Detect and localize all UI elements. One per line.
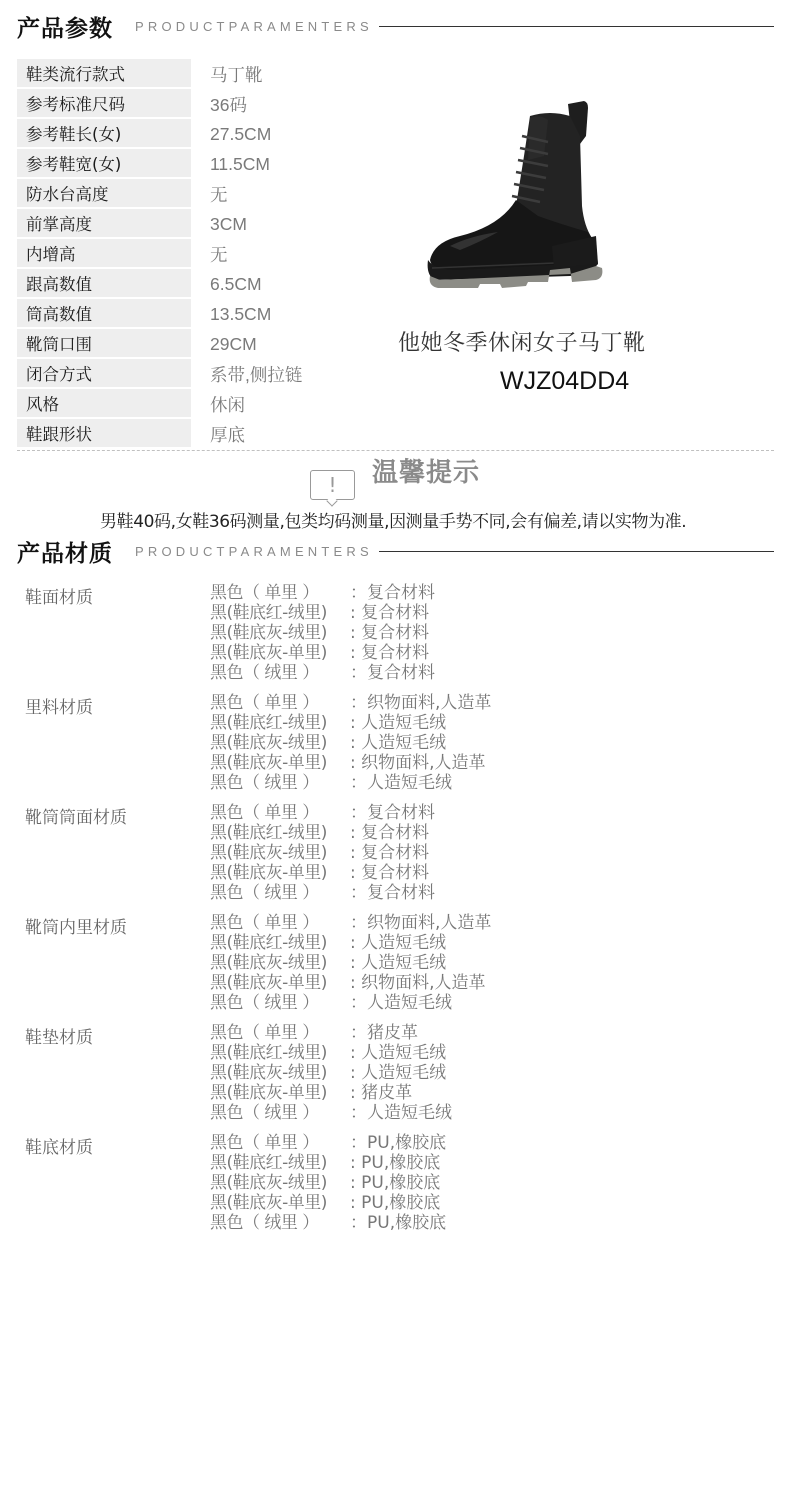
param-label: 参考鞋长(女) — [17, 119, 191, 149]
param-row: 防水台高度无 — [17, 179, 337, 209]
material-variant: 黑(鞋底灰-绒里) — [210, 1173, 350, 1193]
params-table: 鞋类流行款式马丁靴 参考标准尺码36码 参考鞋长(女)27.5CM 参考鞋宽(女… — [17, 59, 337, 449]
material-value: ：织物面料,人造革 — [350, 913, 491, 933]
material-line: 黑色（ 绒里 ）：人造短毛绒 — [210, 1103, 452, 1123]
materials-list: 鞋面材质 黑色（ 单里 ）：复合材料 黑(鞋底红-绒里): 复合材料 黑(鞋底灰… — [25, 583, 725, 1243]
material-value: ：猪皮革 — [350, 1023, 418, 1043]
material-group: 鞋垫材质 黑色（ 单里 ）：猪皮革 黑(鞋底红-绒里): 人造短毛绒 黑(鞋底灰… — [25, 1023, 725, 1133]
material-variant: 黑(鞋底灰-单里) — [210, 753, 350, 773]
material-value: : 人造短毛绒 — [350, 933, 446, 953]
material-value: : 织物面料,人造革 — [350, 753, 486, 773]
param-row: 风格休闲 — [17, 389, 337, 419]
material-line: 黑色（ 单里 ）：织物面料,人造革 — [210, 693, 491, 713]
param-label: 参考标准尺码 — [17, 89, 191, 119]
material-line: 黑(鞋底灰-绒里): PU,橡胶底 — [210, 1173, 446, 1193]
material-variant: 黑色（ 单里 ） — [210, 803, 350, 823]
tip-text: 男鞋40码,女鞋36码测量,包类均码测量,因测量手势不同,会有偏差,请以实物为准… — [100, 507, 686, 532]
param-row: 参考鞋宽(女)11.5CM — [17, 149, 337, 179]
material-value: : 复合材料 — [350, 603, 429, 623]
param-value: 无 — [210, 239, 228, 269]
params-section-header: 产品参数 PRODUCTPARAMENTERS — [17, 6, 774, 46]
material-line: 黑(鞋底灰-单里): 织物面料,人造革 — [210, 973, 491, 993]
material-line: 黑(鞋底灰-绒里): 人造短毛绒 — [210, 1063, 452, 1083]
param-row: 鞋跟形状厚底 — [17, 419, 337, 449]
param-label: 筒高数值 — [17, 299, 191, 329]
param-label: 跟高数值 — [17, 269, 191, 299]
material-line: 黑(鞋底红-绒里): PU,橡胶底 — [210, 1153, 446, 1173]
material-line: 黑(鞋底灰-单里): 猪皮革 — [210, 1083, 452, 1103]
material-variant: 黑色（ 单里 ） — [210, 913, 350, 933]
material-name: 靴筒筒面材质 — [25, 803, 127, 828]
material-value: ：人造短毛绒 — [350, 1103, 452, 1123]
material-name: 鞋垫材质 — [25, 1023, 93, 1048]
material-line: 黑色（ 绒里 ）：人造短毛绒 — [210, 773, 491, 793]
material-variant: 黑(鞋底灰-单里) — [210, 1193, 350, 1213]
material-line: 黑色（ 绒里 ）：复合材料 — [210, 663, 435, 683]
material-variant: 黑(鞋底红-绒里) — [210, 1043, 350, 1063]
material-variant: 黑色（ 绒里 ） — [210, 883, 350, 903]
material-variant: 黑(鞋底灰-绒里) — [210, 733, 350, 753]
material-name: 里料材质 — [25, 693, 93, 718]
material-value: ：人造短毛绒 — [350, 993, 452, 1013]
material-value: : 复合材料 — [350, 623, 429, 643]
param-value: 无 — [210, 179, 228, 209]
material-value: : 复合材料 — [350, 843, 429, 863]
material-value: : PU,橡胶底 — [350, 1173, 440, 1193]
param-row: 闭合方式系带,侧拉链 — [17, 359, 337, 389]
product-name: 他她冬季休闲女子马丁靴 — [398, 326, 646, 357]
param-label: 闭合方式 — [17, 359, 191, 389]
material-variant: 黑(鞋底灰-绒里) — [210, 1063, 350, 1083]
material-group: 里料材质 黑色（ 单里 ）：织物面料,人造革 黑(鞋底红-绒里): 人造短毛绒 … — [25, 693, 725, 803]
param-label: 内增高 — [17, 239, 191, 269]
material-value: : 织物面料,人造革 — [350, 973, 486, 993]
black-martin-boot-image — [420, 96, 610, 292]
material-line: 黑(鞋底红-绒里): 人造短毛绒 — [210, 1043, 452, 1063]
material-variant: 黑(鞋底红-绒里) — [210, 823, 350, 843]
param-value: 系带,侧拉链 — [210, 359, 302, 389]
material-lines: 黑色（ 单里 ）：PU,橡胶底 黑(鞋底红-绒里): PU,橡胶底 黑(鞋底灰-… — [210, 1133, 446, 1233]
material-line: 黑(鞋底红-绒里): 复合材料 — [210, 823, 435, 843]
header-rule — [379, 551, 774, 552]
param-value: 13.5CM — [210, 299, 271, 329]
material-line: 黑色（ 单里 ）：复合材料 — [210, 803, 435, 823]
material-value: ：复合材料 — [350, 583, 435, 603]
material-line: 黑(鞋底灰-单里): 复合材料 — [210, 863, 435, 883]
param-value: 休闲 — [210, 389, 245, 419]
header-rule — [379, 26, 774, 27]
material-line: 黑(鞋底红-绒里): 人造短毛绒 — [210, 713, 491, 733]
param-row: 参考标准尺码36码 — [17, 89, 337, 119]
material-group: 靴筒筒面材质 黑色（ 单里 ）：复合材料 黑(鞋底红-绒里): 复合材料 黑(鞋… — [25, 803, 725, 913]
param-value: 29CM — [210, 329, 257, 359]
material-line: 黑色（ 单里 ）：复合材料 — [210, 583, 435, 603]
material-line: 黑(鞋底红-绒里): 人造短毛绒 — [210, 933, 491, 953]
material-line: 黑色（ 绒里 ）：人造短毛绒 — [210, 993, 491, 1013]
material-value: : 复合材料 — [350, 643, 429, 663]
materials-section-header: 产品材质 PRODUCTPARAMENTERS — [17, 531, 774, 571]
exclamation-glyph: ! — [328, 473, 336, 497]
material-variant: 黑(鞋底灰-绒里) — [210, 953, 350, 973]
param-label: 鞋类流行款式 — [17, 59, 191, 89]
material-variant: 黑色（ 单里 ） — [210, 1133, 350, 1153]
param-row: 鞋类流行款式马丁靴 — [17, 59, 337, 89]
material-value: ：人造短毛绒 — [350, 773, 452, 793]
material-variant: 黑色（ 单里 ） — [210, 1023, 350, 1043]
param-value: 27.5CM — [210, 119, 271, 149]
materials-subtitle: PRODUCTPARAMENTERS — [135, 544, 373, 559]
material-variant: 黑(鞋底红-绒里) — [210, 1153, 350, 1173]
material-variant: 黑(鞋底红-绒里) — [210, 713, 350, 733]
material-value: : 猪皮革 — [350, 1083, 412, 1103]
material-variant: 黑(鞋底灰-单里) — [210, 643, 350, 663]
material-line: 黑(鞋底灰-绒里): 人造短毛绒 — [210, 953, 491, 973]
material-variant: 黑色（ 绒里 ） — [210, 993, 350, 1013]
material-value: : PU,橡胶底 — [350, 1193, 440, 1213]
material-line: 黑(鞋底灰-单里): PU,橡胶底 — [210, 1193, 446, 1213]
material-line: 黑色（ 单里 ）：猪皮革 — [210, 1023, 452, 1043]
material-line: 黑色（ 绒里 ）：复合材料 — [210, 883, 435, 903]
param-label: 鞋跟形状 — [17, 419, 191, 449]
param-value: 36码 — [210, 89, 247, 119]
material-variant: 黑色（ 绒里 ） — [210, 1213, 350, 1233]
param-value: 厚底 — [210, 419, 245, 449]
param-label: 靴筒口围 — [17, 329, 191, 359]
material-variant: 黑(鞋底灰-单里) — [210, 1083, 350, 1103]
material-value: ：复合材料 — [350, 803, 435, 823]
material-variant: 黑(鞋底灰-绒里) — [210, 843, 350, 863]
material-value: : 复合材料 — [350, 823, 429, 843]
material-group: 鞋面材质 黑色（ 单里 ）：复合材料 黑(鞋底红-绒里): 复合材料 黑(鞋底灰… — [25, 583, 725, 693]
material-value: : 复合材料 — [350, 863, 429, 883]
material-value: : 人造短毛绒 — [350, 1063, 446, 1083]
param-label: 参考鞋宽(女) — [17, 149, 191, 179]
material-value: : 人造短毛绒 — [350, 713, 446, 733]
material-value: ：复合材料 — [350, 883, 435, 903]
material-value: : 人造短毛绒 — [350, 1043, 446, 1063]
material-name: 靴筒内里材质 — [25, 913, 127, 938]
param-value: 马丁靴 — [210, 59, 263, 89]
material-value: ：复合材料 — [350, 663, 435, 683]
material-value: ：PU,橡胶底 — [350, 1133, 446, 1153]
param-row: 参考鞋长(女)27.5CM — [17, 119, 337, 149]
param-row: 前掌高度3CM — [17, 209, 337, 239]
param-row: 靴筒口围29CM — [17, 329, 337, 359]
product-model: WJZ04DD4 — [500, 367, 629, 396]
material-value: : PU,橡胶底 — [350, 1153, 440, 1173]
material-line: 黑(鞋底灰-单里): 织物面料,人造革 — [210, 753, 491, 773]
material-variant: 黑色（ 绒里 ） — [210, 663, 350, 683]
exclamation-speech-bubble-icon: ! — [310, 470, 355, 500]
param-value: 3CM — [210, 209, 247, 239]
material-value: : 人造短毛绒 — [350, 953, 446, 973]
param-row: 内增高无 — [17, 239, 337, 269]
dashed-divider — [17, 450, 774, 451]
param-label: 防水台高度 — [17, 179, 191, 209]
material-group: 鞋底材质 黑色（ 单里 ）：PU,橡胶底 黑(鞋底红-绒里): PU,橡胶底 黑… — [25, 1133, 725, 1243]
params-title: 产品参数 — [17, 10, 113, 43]
material-variant: 黑(鞋底红-绒里) — [210, 933, 350, 953]
param-label: 前掌高度 — [17, 209, 191, 239]
material-line: 黑(鞋底灰-绒里): 复合材料 — [210, 843, 435, 863]
param-value: 11.5CM — [210, 149, 270, 179]
material-variant: 黑色（ 单里 ） — [210, 693, 350, 713]
material-lines: 黑色（ 单里 ）：猪皮革 黑(鞋底红-绒里): 人造短毛绒 黑(鞋底灰-绒里):… — [210, 1023, 452, 1123]
material-variant: 黑(鞋底灰-单里) — [210, 863, 350, 883]
material-line: 黑色（ 单里 ）：PU,橡胶底 — [210, 1133, 446, 1153]
material-variant: 黑(鞋底灰-绒里) — [210, 623, 350, 643]
tip-title: 温馨提示 — [372, 452, 480, 489]
material-lines: 黑色（ 单里 ）：复合材料 黑(鞋底红-绒里): 复合材料 黑(鞋底灰-绒里):… — [210, 803, 435, 903]
params-subtitle: PRODUCTPARAMENTERS — [135, 19, 373, 34]
param-row: 筒高数值13.5CM — [17, 299, 337, 329]
material-lines: 黑色（ 单里 ）：复合材料 黑(鞋底红-绒里): 复合材料 黑(鞋底灰-绒里):… — [210, 583, 435, 683]
material-value: ：PU,橡胶底 — [350, 1213, 446, 1233]
materials-title: 产品材质 — [17, 535, 113, 568]
material-line: 黑(鞋底灰-绒里): 人造短毛绒 — [210, 733, 491, 753]
material-line: 黑(鞋底红-绒里): 复合材料 — [210, 603, 435, 623]
material-variant: 黑(鞋底红-绒里) — [210, 603, 350, 623]
material-lines: 黑色（ 单里 ）：织物面料,人造革 黑(鞋底红-绒里): 人造短毛绒 黑(鞋底灰… — [210, 913, 491, 1013]
material-line: 黑色（ 单里 ）：织物面料,人造革 — [210, 913, 491, 933]
param-value: 6.5CM — [210, 269, 262, 299]
material-line: 黑(鞋底灰-绒里): 复合材料 — [210, 623, 435, 643]
material-variant: 黑(鞋底灰-单里) — [210, 973, 350, 993]
bubble-tail — [326, 495, 337, 506]
material-line: 黑色（ 绒里 ）：PU,橡胶底 — [210, 1213, 446, 1233]
material-lines: 黑色（ 单里 ）：织物面料,人造革 黑(鞋底红-绒里): 人造短毛绒 黑(鞋底灰… — [210, 693, 491, 793]
material-group: 靴筒内里材质 黑色（ 单里 ）：织物面料,人造革 黑(鞋底红-绒里): 人造短毛… — [25, 913, 725, 1023]
material-value: : 人造短毛绒 — [350, 733, 446, 753]
param-label: 风格 — [17, 389, 191, 419]
material-variant: 黑色（ 绒里 ） — [210, 1103, 350, 1123]
material-variant: 黑色（ 绒里 ） — [210, 773, 350, 793]
material-line: 黑(鞋底灰-单里): 复合材料 — [210, 643, 435, 663]
material-name: 鞋面材质 — [25, 583, 93, 608]
param-row: 跟高数值6.5CM — [17, 269, 337, 299]
material-value: ：织物面料,人造革 — [350, 693, 491, 713]
material-name: 鞋底材质 — [25, 1133, 93, 1158]
material-variant: 黑色（ 单里 ） — [210, 583, 350, 603]
